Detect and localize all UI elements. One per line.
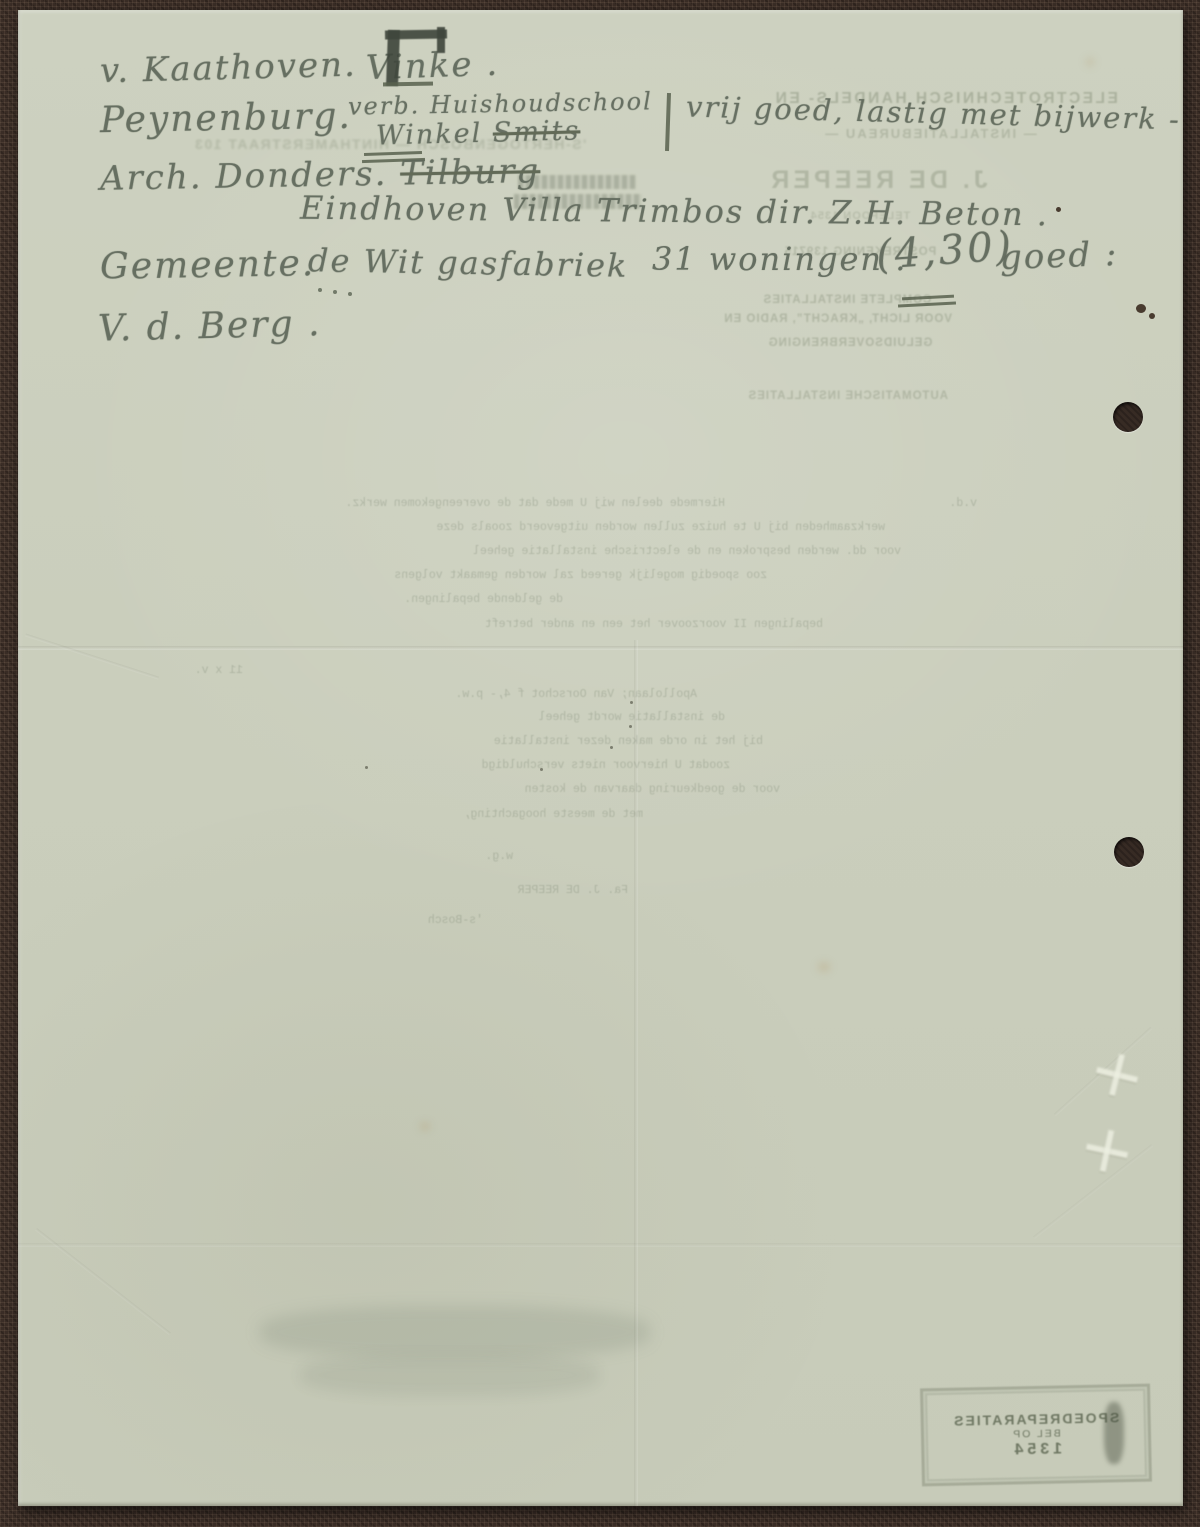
typed-ghost-line: Apollolaan; Van Oorschot f 4,- p.w. (252, 688, 697, 701)
typed-ghost-line: Fa. J. DE REEPER (328, 884, 628, 897)
crease-diagonal-left (25, 633, 159, 679)
note-price: (4,30) (875, 223, 1016, 279)
typed-ghost-line: bepalingen II voorzoover het een en ande… (238, 618, 823, 631)
note-gemeente: Gemeente. (100, 243, 316, 288)
paper-stain-1 (1086, 58, 1094, 66)
note-vdberg: V. d. Berg . (98, 303, 322, 350)
typed-ghost-line: met de meeste hoogachting, (238, 808, 643, 821)
typed-ghost-line: zoo spoedig mogelijk gereed zal worden g… (192, 569, 767, 582)
pin-prick-3 (610, 746, 613, 749)
ink-speck-2 (1149, 313, 1155, 319)
bleedthrough-handwriting-smudge-2 (300, 1354, 600, 1396)
typed-ghost-line: w.g. (368, 850, 513, 863)
note-goed: goed : (999, 234, 1119, 278)
punch-hole-bottom (1114, 837, 1144, 867)
note-tilburg-struck: Tilburg (400, 151, 541, 193)
note-peynenburg: Peynenburg. (100, 96, 353, 141)
note-winkel-smits: Winkel Smits (376, 115, 581, 151)
note-huishoudschool: verb. Huishoudschool (348, 87, 653, 120)
note-winkel: Winkel (376, 118, 494, 152)
pin-prick-4 (365, 766, 368, 769)
typed-ghost-line: zoodat U hiervoor niets verschuldigd (290, 759, 730, 772)
dotted-underline-dewit (318, 288, 322, 292)
ink-mark-left-stroke (386, 30, 400, 86)
typed-ghost-line: werkzaamheden bij U te huize zullen word… (150, 521, 885, 534)
crease-horizontal-lower (18, 1243, 1183, 1247)
bleedthrough-services-line3: GELUIDSOVERBRENGING (765, 337, 935, 349)
pin-prick-1 (630, 701, 633, 704)
typed-ghost-line: 11 x v. (148, 664, 243, 677)
note-eindhoven-villa: Eindhoven Villa Trimbos dir. Z.H. Beton … (300, 189, 1049, 234)
ink-speck-3 (1056, 207, 1061, 212)
paper-sheet: ELECTROTECHNISCH HANDELS- EN — INSTALLAT… (18, 10, 1183, 1506)
scan-background: ELECTROTECHNISCH HANDELS- EN — INSTALLAT… (0, 0, 1200, 1527)
paper-stain-3 (420, 1122, 430, 1131)
note-woningen: 31 woningen . (652, 240, 907, 278)
ink-mark-right-serif (437, 27, 445, 53)
typed-ghost-line: 's-Bosch (298, 914, 483, 927)
bleedthrough-services-line2: VOOR LICHT, „KRACHT”, RADIO EN (742, 313, 952, 325)
typed-ghost-line: v.d. (905, 497, 977, 510)
typed-ghost-line: voor de goedkeuring daarvan de kosten (300, 783, 780, 796)
stamp-line1: SPOEDREPARATIES (952, 1409, 1119, 1428)
crease-diagonal-right-2 (1033, 1144, 1153, 1239)
typed-ghost-line: Hiermede deelen wij U mede dat de overee… (180, 497, 725, 510)
typed-ghost-line: voor dd. werden besproken en de electris… (146, 545, 901, 558)
punch-hole-top (1113, 402, 1143, 432)
note-kaathoven: v. Kaathoven. (100, 45, 358, 92)
stamp-ink-smudge (1104, 1402, 1124, 1464)
bleedthrough-company-name: J. DE REEPER (750, 166, 1005, 195)
typed-ghost-line: bij het in orde maken dezer installatie (298, 735, 763, 748)
bleedthrough-handwriting-smudge-1 (260, 1306, 650, 1358)
ink-speck-1 (1136, 304, 1146, 313)
typed-ghost-line: de geldende bepalingen. (228, 593, 563, 606)
pin-prick-5 (540, 768, 543, 771)
bleedthrough-services-line4: AUTOMATISCHE INSTALLATIES (748, 390, 948, 402)
typed-ghost-line: de installatie wordt geheel (330, 711, 725, 724)
stamp-line2: BEL OP (1011, 1427, 1061, 1440)
crease-horizontal-upper (18, 646, 1183, 650)
note-smits-struck: Smits (492, 115, 580, 148)
crease-vertical (634, 640, 638, 1506)
paper-stain-2 (818, 962, 830, 972)
pin-prick-2 (629, 725, 632, 728)
stamp-line3: 1354 (1010, 1440, 1062, 1459)
note-gasfabriek: de Wit gasfabriek (308, 241, 629, 285)
